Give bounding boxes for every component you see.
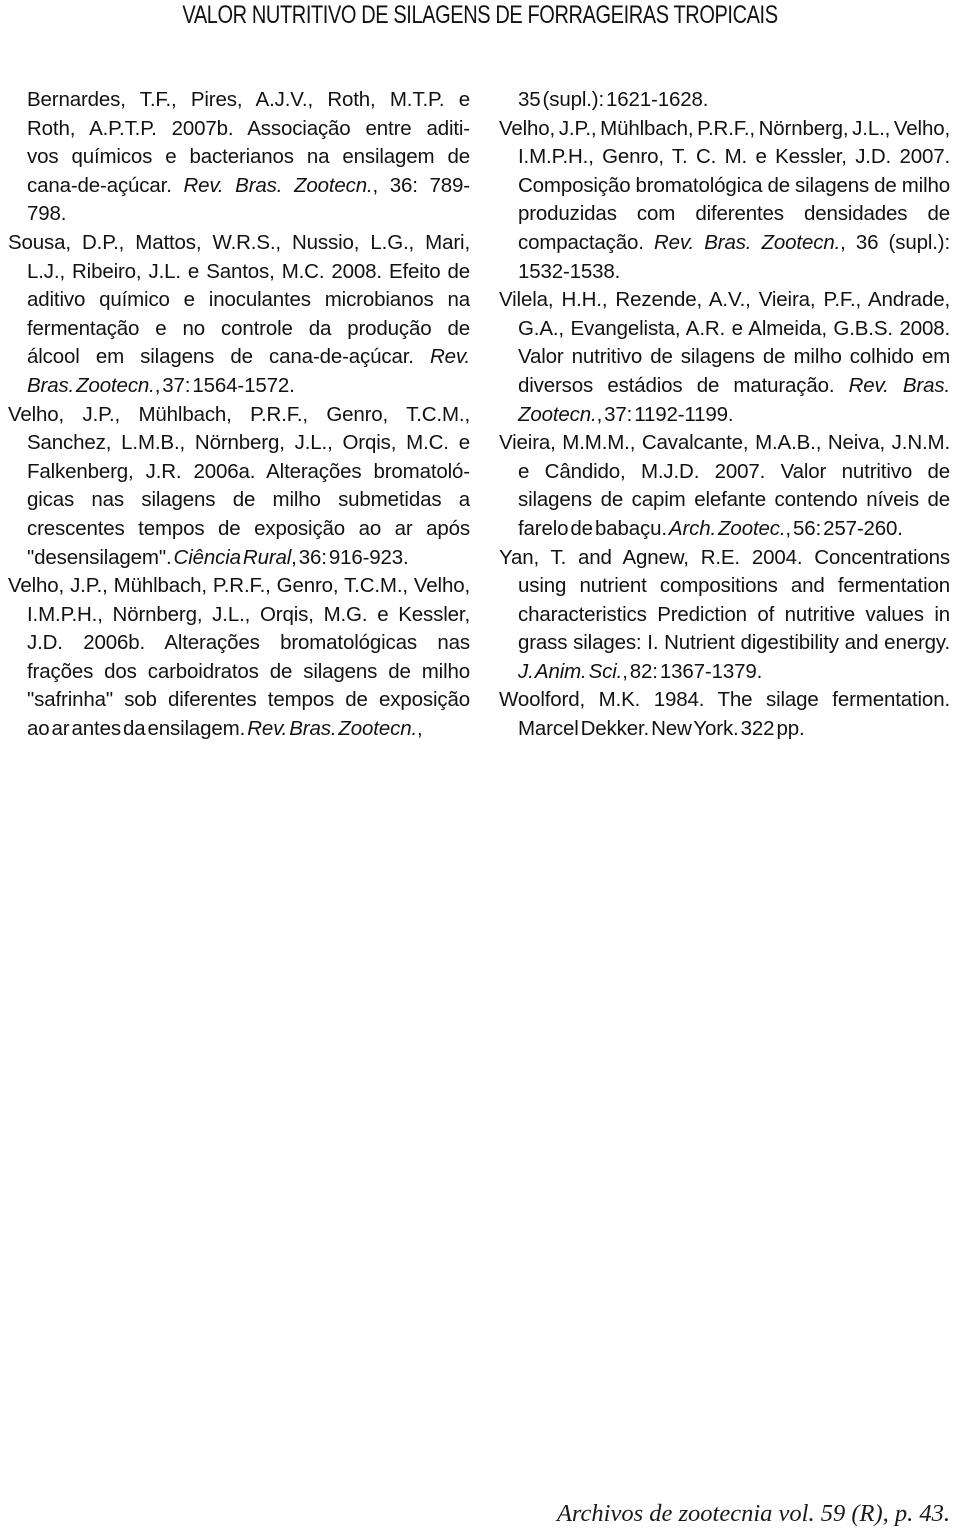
reference-text: diversos estádios de maturação. bbox=[518, 374, 849, 397]
reference-text: Valor nutritivo de silagens de milho col… bbox=[518, 345, 950, 368]
reference-line: ao ar antes da ensilagem. Rev. Bras. Zoo… bbox=[8, 715, 470, 744]
reference-line: Bernardes, T.F., Pires, A.J.V., Roth, M.… bbox=[8, 86, 470, 115]
reference-text: I.M.P.H., Genro, T. C. M. e Kessler, J.D… bbox=[518, 145, 950, 168]
reference-entry: Vilela, H.H., Rezende, A.V., Vieira, P.F… bbox=[499, 286, 950, 429]
reference-text: gicas nas silagens de milho submetidas a bbox=[27, 488, 470, 511]
reference-line: crescentes tempos de exposição ao ar apó… bbox=[8, 515, 470, 544]
reference-line: Vieira, M.M.M., Cavalcante, M.A.B., Neiv… bbox=[499, 429, 950, 458]
journal-name: Bras. Zootecn. bbox=[27, 374, 155, 397]
reference-text: frações dos carboidratos de silagens de … bbox=[27, 660, 470, 683]
reference-entry: Velho, J.P., Mühlbach, P.R.F., Genro, T.… bbox=[8, 572, 470, 744]
reference-line: grass silages: I. Nutrient digestibility… bbox=[499, 629, 950, 658]
reference-entry: Vieira, M.M.M., Cavalcante, M.A.B., Neiv… bbox=[499, 429, 950, 543]
reference-line: Falkenberg, J.R. 2006a. Alterações broma… bbox=[8, 458, 470, 487]
reference-entry: Woolford, M.K. 1984. The silage fermenta… bbox=[499, 686, 950, 743]
reference-line: Velho, J.P., Mühlbach, P.R.F., Nörnberg,… bbox=[499, 115, 950, 144]
reference-line: farelo de babaçu. Arch. Zootec., 56: 257… bbox=[499, 515, 950, 544]
reference-text: Roth, A.P.T.P. 2007b. Associação entre a… bbox=[27, 117, 470, 140]
reference-line: Roth, A.P.T.P. 2007b. Associação entre a… bbox=[8, 115, 470, 144]
reference-text: , 82: 1367-1379. bbox=[622, 660, 762, 683]
reference-line: Vilela, H.H., Rezende, A.V., Vieira, P.F… bbox=[499, 286, 950, 315]
reference-line: Sousa, D.P., Mattos, W.R.S., Nussio, L.G… bbox=[8, 229, 470, 258]
reference-text: using nutrient compositions and fermenta… bbox=[518, 574, 950, 597]
reference-line: 798. bbox=[8, 200, 470, 229]
reference-line: Sanchez, L.M.B., Nörnberg, J.L., Orqis, … bbox=[8, 429, 470, 458]
running-head: VALOR NUTRITIVO DE SILAGENS DE FORRAGEIR… bbox=[0, 0, 960, 31]
reference-line: e Cândido, M.J.D. 2007. Valor nutritivo … bbox=[499, 458, 950, 487]
reference-text: 798. bbox=[27, 202, 66, 225]
reference-line: Valor nutritivo de silagens de milho col… bbox=[499, 343, 950, 372]
reference-text: "desensilagem". bbox=[27, 546, 174, 569]
reference-text: Sousa, D.P., Mattos, W.R.S., Nussio, L.G… bbox=[8, 231, 470, 254]
reference-text: , 37: 1564-1572. bbox=[155, 374, 295, 397]
journal-name: Zootecn. bbox=[518, 403, 597, 426]
reference-text: Velho, J.P., Mühlbach, P.R.F., Genro, T.… bbox=[8, 403, 470, 426]
journal-name: J. Anim. Sci. bbox=[518, 660, 622, 683]
reference-line: Yan, T. and Agnew, R.E. 2004. Concentrat… bbox=[499, 544, 950, 573]
reference-line: álcool em silagens de cana-de-açúcar. Re… bbox=[8, 343, 470, 372]
reference-line: aditivo químico e inoculantes microbiano… bbox=[8, 286, 470, 315]
reference-text: fermentação e no controle da produção de bbox=[27, 317, 470, 340]
journal-name: Rev. Bras. bbox=[849, 374, 950, 397]
reference-entry: Velho, J.P., Mühlbach, P.R.F., Genro, T.… bbox=[8, 401, 470, 573]
reference-entry: Yan, T. and Agnew, R.E. 2004. Concentrat… bbox=[499, 544, 950, 687]
reference-line: I.M.P.H., Nörnberg, J.L., Orqis, M.G. e … bbox=[8, 601, 470, 630]
reference-text: , 36 (supl.): bbox=[840, 231, 950, 254]
reference-line: Composição bromatológica de silagens de … bbox=[499, 172, 950, 201]
reference-line: vos químicos e bacterianos na ensilagem … bbox=[8, 143, 470, 172]
page-title: VALOR NUTRITIVO DE SILAGENS DE FORRAGEIR… bbox=[182, 0, 777, 31]
reference-text: crescentes tempos de exposição ao ar apó… bbox=[27, 517, 470, 540]
reference-line: Bras. Zootecn., 37: 1564-1572. bbox=[8, 372, 470, 401]
reference-text: silagens de capim elefante contendo níve… bbox=[518, 488, 950, 511]
reference-line: "safrinha" sob diferentes tempos de expo… bbox=[8, 686, 470, 715]
reference-line: 35 (supl.): 1621-1628. bbox=[499, 86, 950, 115]
reference-text: Sanchez, L.M.B., Nörnberg, J.L., Orqis, … bbox=[27, 431, 470, 454]
reference-line: using nutrient compositions and fermenta… bbox=[499, 572, 950, 601]
reference-line: J. Anim. Sci., 82: 1367-1379. bbox=[499, 658, 950, 687]
reference-text: e Cândido, M.J.D. 2007. Valor nutritivo … bbox=[518, 460, 950, 483]
reference-text: aditivo químico e inoculantes microbiano… bbox=[27, 288, 470, 311]
journal-name: Rev. Bras. Zootecn. bbox=[247, 717, 417, 740]
reference-text: , 37: 1192-1199. bbox=[597, 403, 734, 426]
reference-entry: Velho, J.P., Mühlbach, P.R.F., Nörnberg,… bbox=[499, 115, 950, 287]
reference-line: J.D. 2006b. Alterações bromatológicas na… bbox=[8, 629, 470, 658]
reference-text: 1532-1538. bbox=[518, 260, 620, 283]
reference-text: "safrinha" sob diferentes tempos de expo… bbox=[27, 688, 470, 711]
reference-text: ao ar antes da ensilagem. bbox=[27, 717, 247, 740]
reference-text: Marcel Dekker. New York. 322 pp. bbox=[518, 717, 805, 740]
reference-text: L.J., Ribeiro, J.L. e Santos, M.C. 2008.… bbox=[27, 260, 470, 283]
reference-line: characteristics Prediction of nutritive … bbox=[499, 601, 950, 630]
journal-name: Rev. Bras. Zootecn. bbox=[654, 231, 840, 254]
reference-text: 35 (supl.): 1621-1628. bbox=[518, 88, 708, 111]
reference-text: Falkenberg, J.R. 2006a. Alterações broma… bbox=[27, 460, 470, 483]
reference-line: Marcel Dekker. New York. 322 pp. bbox=[499, 715, 950, 744]
reference-text: vos químicos e bacterianos na ensilagem … bbox=[27, 145, 470, 168]
reference-text: Velho, J.P., Mühlbach, P.R.F., Nörnberg,… bbox=[499, 117, 950, 140]
reference-text: , 56: 257-260. bbox=[785, 517, 902, 540]
reference-text: Yan, T. and Agnew, R.E. 2004. Concentrat… bbox=[499, 546, 950, 569]
reference-text: farelo de babaçu. bbox=[518, 517, 669, 540]
journal-name: Rev. Bras. Zootecn. bbox=[183, 174, 372, 197]
reference-line: Woolford, M.K. 1984. The silage fermenta… bbox=[499, 686, 950, 715]
reference-text: J.D. 2006b. Alterações bromatológicas na… bbox=[27, 631, 470, 654]
reference-line: I.M.P.H., Genro, T. C. M. e Kessler, J.D… bbox=[499, 143, 950, 172]
journal-name: Ciência Rural bbox=[174, 546, 292, 569]
reference-text: Woolford, M.K. 1984. The silage fermenta… bbox=[499, 688, 950, 711]
reference-line: "desensilagem". Ciência Rural, 36: 916-9… bbox=[8, 544, 470, 573]
references-column-left: Bernardes, T.F., Pires, A.J.V., Roth, M.… bbox=[8, 86, 470, 744]
reference-line: compactação. Rev. Bras. Zootecn., 36 (su… bbox=[499, 229, 950, 258]
reference-text: Composição bromatológica de silagens de … bbox=[518, 174, 950, 197]
reference-text: G.A., Evangelista, A.R. e Almeida, G.B.S… bbox=[518, 317, 950, 340]
journal-name: Rev. bbox=[430, 345, 470, 368]
references-column-right: 35 (supl.): 1621-1628.Velho, J.P., Mühlb… bbox=[499, 86, 950, 744]
reference-text: Bernardes, T.F., Pires, A.J.V., Roth, M.… bbox=[27, 88, 470, 111]
reference-text: Vilela, H.H., Rezende, A.V., Vieira, P.F… bbox=[499, 288, 950, 311]
reference-text: characteristics Prediction of nutritive … bbox=[518, 603, 950, 626]
reference-line: produzidas com diferentes densidades de bbox=[499, 200, 950, 229]
reference-line: Velho, J.P., Mühlbach, P.R.F., Genro, T.… bbox=[8, 401, 470, 430]
reference-text: álcool em silagens de cana-de-açúcar. bbox=[27, 345, 430, 368]
reference-text: Vieira, M.M.M., Cavalcante, M.A.B., Neiv… bbox=[499, 431, 950, 454]
reference-line: fermentação e no controle da produção de bbox=[8, 315, 470, 344]
reference-text: produzidas com diferentes densidades de bbox=[518, 202, 950, 225]
reference-line: Velho, J.P., Mühlbach, P.R.F., Genro, T.… bbox=[8, 572, 470, 601]
reference-text: , bbox=[417, 717, 423, 740]
journal-name: Arch. Zootec. bbox=[669, 517, 785, 540]
reference-entry: Bernardes, T.F., Pires, A.J.V., Roth, M.… bbox=[8, 86, 470, 229]
journal-footer: Archivos de zootecnia vol. 59 (R), p. 43… bbox=[557, 1499, 950, 1529]
reference-text: cana-de-açúcar. bbox=[27, 174, 183, 197]
reference-line: gicas nas silagens de milho submetidas a bbox=[8, 486, 470, 515]
document-page: VALOR NUTRITIVO DE SILAGENS DE FORRAGEIR… bbox=[0, 0, 960, 1537]
reference-line: cana-de-açúcar. Rev. Bras. Zootecn., 36:… bbox=[8, 172, 470, 201]
reference-line: silagens de capim elefante contendo níve… bbox=[499, 486, 950, 515]
reference-line: Zootecn., 37: 1192-1199. bbox=[499, 401, 950, 430]
reference-line: L.J., Ribeiro, J.L. e Santos, M.C. 2008.… bbox=[8, 258, 470, 287]
reference-entry: Sousa, D.P., Mattos, W.R.S., Nussio, L.G… bbox=[8, 229, 470, 401]
reference-line: G.A., Evangelista, A.R. e Almeida, G.B.S… bbox=[499, 315, 950, 344]
reference-text: compactação. bbox=[518, 231, 654, 254]
reference-text: , 36: 789- bbox=[373, 174, 470, 197]
reference-line: diversos estádios de maturação. Rev. Bra… bbox=[499, 372, 950, 401]
reference-text: I.M.P.H., Nörnberg, J.L., Orqis, M.G. e … bbox=[27, 603, 470, 626]
reference-text: , 36: 916-923. bbox=[291, 546, 408, 569]
reference-text: Velho, J.P., Mühlbach, P.R.F., Genro, T.… bbox=[8, 574, 470, 597]
reference-entry: 35 (supl.): 1621-1628. bbox=[499, 86, 950, 115]
reference-line: 1532-1538. bbox=[499, 258, 950, 287]
reference-text: grass silages: I. Nutrient digestibility… bbox=[518, 631, 950, 654]
reference-line: frações dos carboidratos de silagens de … bbox=[8, 658, 470, 687]
